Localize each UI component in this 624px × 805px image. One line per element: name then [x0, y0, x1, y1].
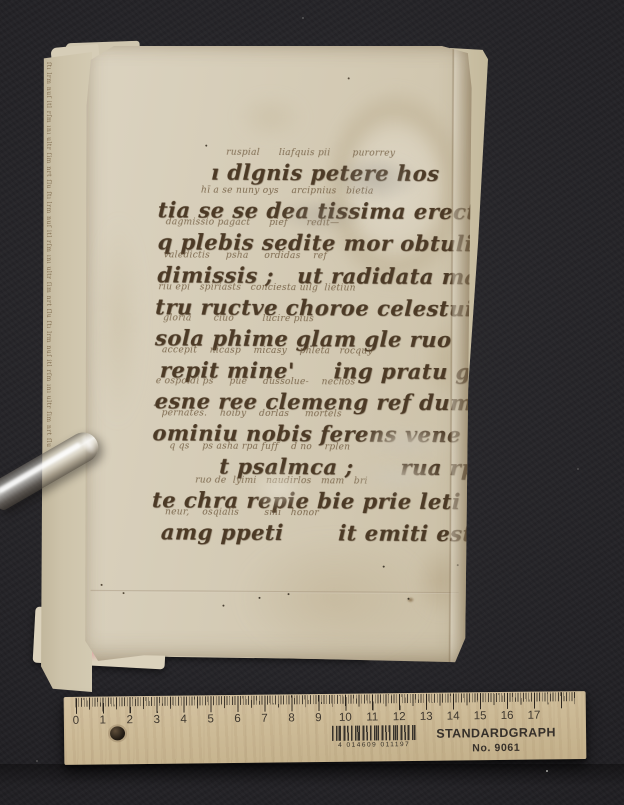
erased-text-smudge	[357, 423, 455, 462]
page-shading	[82, 44, 472, 663]
dust-specks	[0, 0, 2, 2]
ruler-model: No. 9061	[416, 741, 576, 755]
ruler-cm-number: 15	[472, 710, 488, 722]
ruler-cm-number: 16	[499, 710, 515, 722]
ruler-cm-number: 7	[256, 713, 272, 725]
felt-fold-shadow	[0, 764, 624, 794]
under-leaf-left-edge: ſtı lrm nuſ itl rſm ını ultr ſim nrt ſlu…	[36, 52, 92, 692]
ruler-cm-number: 9	[310, 712, 326, 724]
ruler-cm-number: 6	[230, 713, 246, 725]
ruler-cm-number: 10	[337, 712, 353, 724]
ruler-cm-number: 11	[364, 711, 380, 723]
ink-smudge	[275, 197, 367, 234]
erased-text-smudge	[351, 458, 445, 495]
ruler-cm-number: 5	[203, 713, 219, 725]
ruler-brand-box: STANDARDGRAPH No. 9061	[416, 725, 576, 755]
barcode: 4 014609 011197	[332, 725, 416, 752]
edge-marginalia-text: ſtı lrm nuſ itl rſm ını ultr ſim nrt ſlu…	[42, 62, 55, 676]
ruler-cm-number: 2	[122, 714, 138, 726]
ruler-cm-number: 8	[283, 712, 299, 724]
barcode-bars	[332, 725, 416, 741]
manuscript-photograph: ſtı lrm nuſ itl rſm ını ultr ſim nrt ſlu…	[0, 0, 624, 805]
ruler-brand: STANDARDGRAPH	[416, 725, 576, 741]
ruler-cm-number: 3	[149, 714, 165, 726]
worn-patch	[251, 469, 305, 509]
ruler-cm-number: 14	[445, 710, 461, 722]
ink-smudge	[329, 153, 423, 204]
ruler-cm-number: 0	[68, 715, 84, 727]
ruler-cm-number: 12	[391, 711, 407, 723]
barcode-digits: 4 014609 011197	[332, 741, 416, 749]
ruler-cm-number: 4	[176, 714, 192, 726]
ruler-cm-number: 17	[526, 710, 542, 722]
ruler-cm-number: 1	[95, 714, 111, 726]
ruler-cm-number: 13	[418, 711, 434, 723]
manuscript-page: ruspial liafquis pii purorrey ı dlgnis p…	[82, 44, 472, 663]
ruler-hang-hole	[110, 726, 125, 740]
ruler: 01234567891011121314151617 4 014609 0111…	[64, 691, 587, 765]
